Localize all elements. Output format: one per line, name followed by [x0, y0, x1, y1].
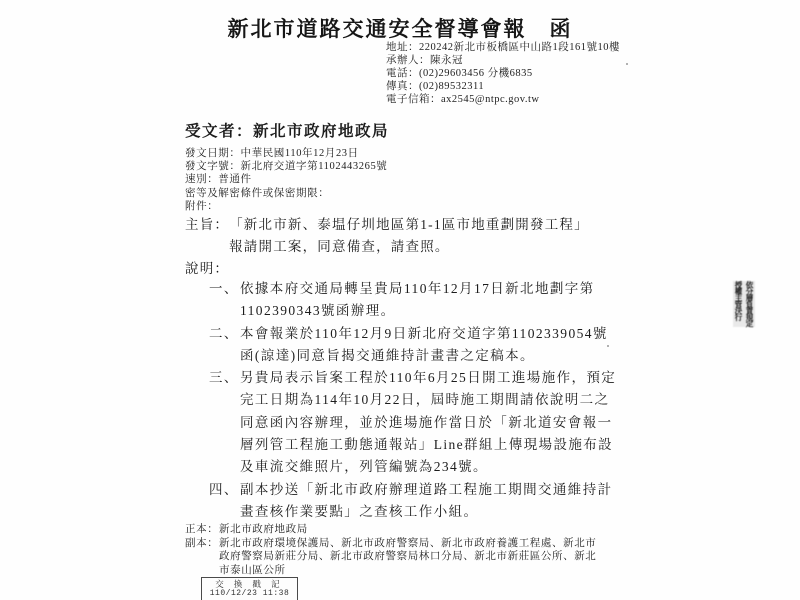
sender-email: 電子信箱：ax2545@ntpc.gov.tw [386, 93, 620, 106]
document-number: 發文字號：新北府交道字第1102443265號 [185, 160, 387, 173]
attachment-field: 附件： [185, 200, 387, 213]
description-items: 一、 依據本府交通局轉呈貴局110年12月17日新北地劃字第 110239034… [209, 278, 616, 523]
delegation-stamp-text: 授權主管決行 [733, 281, 744, 327]
sender-phone: 電話：(02)29603456 分機6835 [386, 67, 620, 80]
sender-address: 地址：220242新北市板橋區中山路1段161號10樓 [386, 41, 620, 54]
scan-noise-speck [626, 63, 628, 65]
item-line: 完工日期為114年10月22日，屆時施工期間請依說明二之 [240, 389, 616, 411]
description-item-2: 二、 本會報業於110年12月9日新北府交道字第1102339054號 函(諒達… [209, 323, 616, 368]
security-classification: 密等及解密條件或保密期限： [185, 187, 387, 200]
subject-label: 主旨： [185, 214, 229, 258]
document-title: 新北市道路交通安全督導會報 函 [0, 13, 800, 43]
description-item-4: 四、 副本抄送「新北市政府辦理道路工程施工期間交通維持計 畫查核作業要點」之查核… [209, 479, 616, 524]
sender-fax: 傳真：(02)89532311 [386, 80, 620, 93]
subject-line: 「新北市新、泰塭仔圳地區第1-1區市地重劃開發工程」 [229, 214, 589, 236]
original-recipient: 新北市政府地政局 [219, 523, 308, 537]
cc-line: 市泰山區公所 [219, 564, 596, 578]
item-number: 四、 [209, 479, 240, 524]
item-line: 函(諒達)同意旨揭交通維持計畫書之定稿本。 [240, 345, 608, 367]
document-meta-block: 發文日期：中華民國110年12月23日 發文字號：新北府交道字第11024432… [185, 147, 387, 213]
description-label: 說明： [185, 257, 229, 277]
exchange-stamp-title: 交 換 戳 記 [202, 579, 297, 589]
cc-line: 政府警察局新莊分局、新北市政府警察局林口分局、新北市新莊區公所、新北 [219, 550, 596, 564]
cc-line: 新北市政府環境保護局、新北市政府警察局、新北市政府養護工程處、新北市 [219, 537, 596, 551]
delegation-stamp: 依分層負責規定 授權主管決行 [612, 281, 755, 327]
original-recipient-row: 正本： 新北市政府地政局 [185, 523, 596, 537]
exchange-date-stamp: 交 換 戳 記 110/12/23 11:38 [201, 577, 298, 600]
distribution-block: 正本： 新北市政府地政局 副本： 新北市政府環境保護局、新北市政府警察局、新北市… [185, 523, 596, 577]
description-item-1: 一、 依據本府交通局轉呈貴局110年12月17日新北地劃字第 110239034… [209, 278, 616, 323]
subject-line: 報請開工案，同意備查，請查照。 [229, 236, 589, 258]
item-number: 一、 [209, 278, 240, 323]
issue-date: 發文日期：中華民國110年12月23日 [185, 147, 387, 160]
item-line: 層列管工程施工動態通報站」Line群組上傳現場設施布設 [240, 434, 616, 456]
subject-section: 主旨： 「新北市新、泰塭仔圳地區第1-1區市地重劃開發工程」 報請開工案，同意備… [185, 214, 589, 258]
item-line: 另貴局表示旨案工程於110年6月25日開工進場施作，預定 [240, 367, 616, 389]
item-number: 二、 [209, 323, 240, 368]
item-line: 及車流交維照片，列管編號為234號。 [240, 456, 616, 478]
item-number: 三、 [209, 367, 240, 478]
scanned-official-letter: 新北市道路交通安全督導會報 函 地址：220242新北市板橋區中山路1段161號… [0, 0, 800, 600]
subject-text: 「新北市新、泰塭仔圳地區第1-1區市地重劃開發工程」 報請開工案，同意備查，請查… [229, 214, 589, 258]
item-line: 依據本府交通局轉呈貴局110年12月17日新北地劃字第 [240, 278, 595, 300]
item-line: 同意函內容辦理，並於進場施作當日於「新北道安會報一 [240, 412, 616, 434]
cc-recipients-row: 副本： 新北市政府環境保護局、新北市政府警察局、新北市政府養護工程處、新北市 政… [185, 537, 596, 578]
recipient-line: 受文者：新北市政府地政局 [185, 119, 389, 141]
cc-label: 副本： [185, 537, 219, 578]
description-item-3: 三、 另貴局表示旨案工程於110年6月25日開工進場施作，預定 完工日期為114… [209, 367, 616, 478]
delivery-speed: 速別：普通件 [185, 173, 387, 186]
item-line: 本會報業於110年12月9日新北府交道字第1102339054號 [240, 323, 608, 345]
original-label: 正本： [185, 523, 219, 537]
scan-noise-speck [607, 345, 609, 347]
item-line: 副本抄送「新北市政府辦理道路工程施工期間交通維持計 [240, 479, 613, 501]
item-line: 1102390343號函辦理。 [240, 300, 595, 322]
delegation-stamp-text: 依分層負責規定 [744, 281, 755, 327]
item-line: 畫查核作業要點」之查核工作小組。 [240, 501, 613, 523]
sender-handler: 承辦人：陳永冠 [386, 54, 620, 67]
exchange-stamp-datetime: 110/12/23 11:38 [202, 589, 297, 599]
sender-contact-block: 地址：220242新北市板橋區中山路1段161號10樓 承辦人：陳永冠 電話：(… [386, 41, 620, 106]
